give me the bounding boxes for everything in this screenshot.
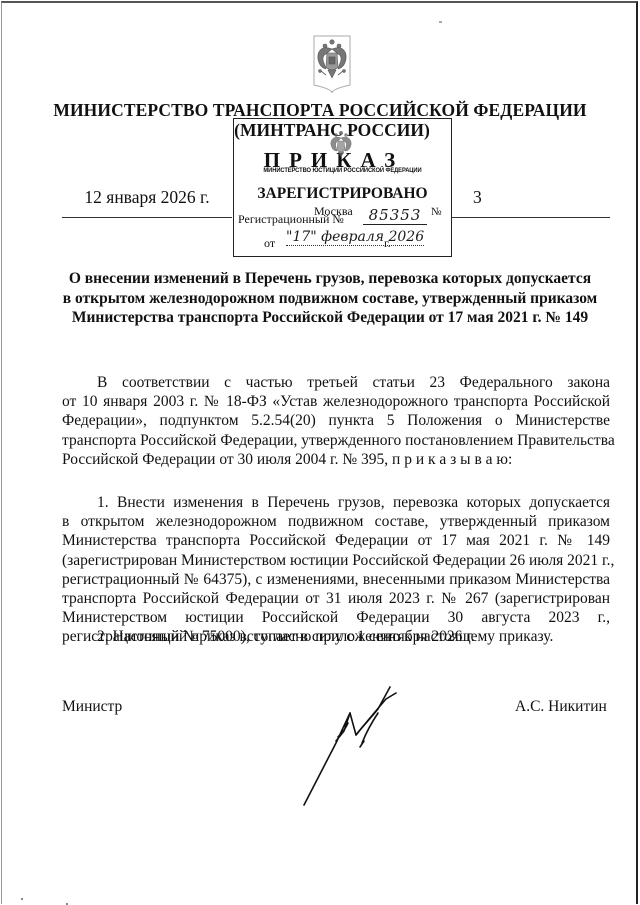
- subject-line: в открытом железнодорожном подвижном сос…: [60, 289, 600, 309]
- paragraph-line: транспорта Российской Федерации, утвержд…: [62, 431, 610, 450]
- preamble-paragraph: В соответствии с частью третьей статьи 2…: [62, 373, 610, 469]
- stamp-date-year: 26: [406, 229, 424, 245]
- paragraph-line: Министерством юстиции Российской Федерац…: [62, 608, 610, 627]
- handwritten-signature-icon: [298, 683, 402, 809]
- coat-of-arms-icon: [312, 33, 352, 95]
- stamp-organization: МИНИСТЕРСТВО ЮСТИЦИИ РОССИЙСКОЙ ФЕДЕРАЦИ…: [243, 167, 443, 174]
- order-item-1: 1. Внести изменения в Перечень грузов, п…: [62, 493, 610, 647]
- stamp-emblem-icon: [327, 129, 355, 159]
- signer-title: Министр: [62, 698, 122, 716]
- stamp-date-suffix: г.: [384, 236, 391, 251]
- paragraph-line: от 10 января 2003 г. № 18-ФЗ «Устав желе…: [62, 392, 610, 411]
- paragraph-line: транспорта Российской Федерации от 31 ию…: [62, 589, 610, 608]
- document-subject: О внесении изменений в Перечень грузов, …: [60, 269, 600, 328]
- paragraph-line: Министерства транспорта Российской Федер…: [62, 531, 610, 550]
- stamp-date-handwritten: "17" февраля 2026: [286, 229, 424, 246]
- stamp-number-sign: №: [431, 206, 442, 218]
- number-underline: [452, 217, 610, 218]
- signer-name: А.С. Никитин: [515, 698, 607, 716]
- document-date: 12 января 2026 г.: [62, 187, 232, 208]
- paragraph-line: В соответствии с частью третьей статьи 2…: [62, 373, 610, 392]
- paragraph-line: 1. Внести изменения в Перечень грузов, п…: [62, 493, 610, 512]
- subject-line: Министерства транспорта Российской Федер…: [60, 308, 600, 328]
- document-city: Москва: [314, 204, 353, 219]
- order-item-2: 2. Настоящий приказ вступает в силу с 1 …: [62, 627, 610, 646]
- stamp-date-prefix: от: [264, 236, 275, 251]
- paragraph-line: Российской Федерации от 30 июля 2004 г. …: [62, 450, 610, 469]
- paragraph-line: 2. Настоящий приказ вступает в силу с 1 …: [62, 627, 610, 646]
- paragraph-line: Федерации», подпунктом 5.2.54(20) пункта…: [62, 411, 610, 430]
- document-number: 3: [473, 187, 482, 208]
- date-underline: [62, 217, 232, 218]
- registration-stamp: МИНИСТЕРСТВО ЮСТИЦИИ РОССИЙСКОЙ ФЕДЕРАЦИ…: [233, 118, 452, 257]
- scan-speck: [439, 21, 442, 23]
- stamp-status: ЗАРЕГИСТРИРОВАНО: [234, 185, 451, 203]
- paragraph-line: регистрационный № 64375), с изменениями,…: [62, 570, 610, 589]
- paragraph-line: (зарегистрирован Министерством юстиции Р…: [62, 551, 610, 570]
- paragraph-line: в открытом железнодорожном подвижном сос…: [62, 512, 610, 531]
- stamp-reg-number: 85353: [363, 206, 427, 225]
- scan-speck: [21, 898, 23, 900]
- subject-line: О внесении изменений в Перечень грузов, …: [60, 269, 600, 289]
